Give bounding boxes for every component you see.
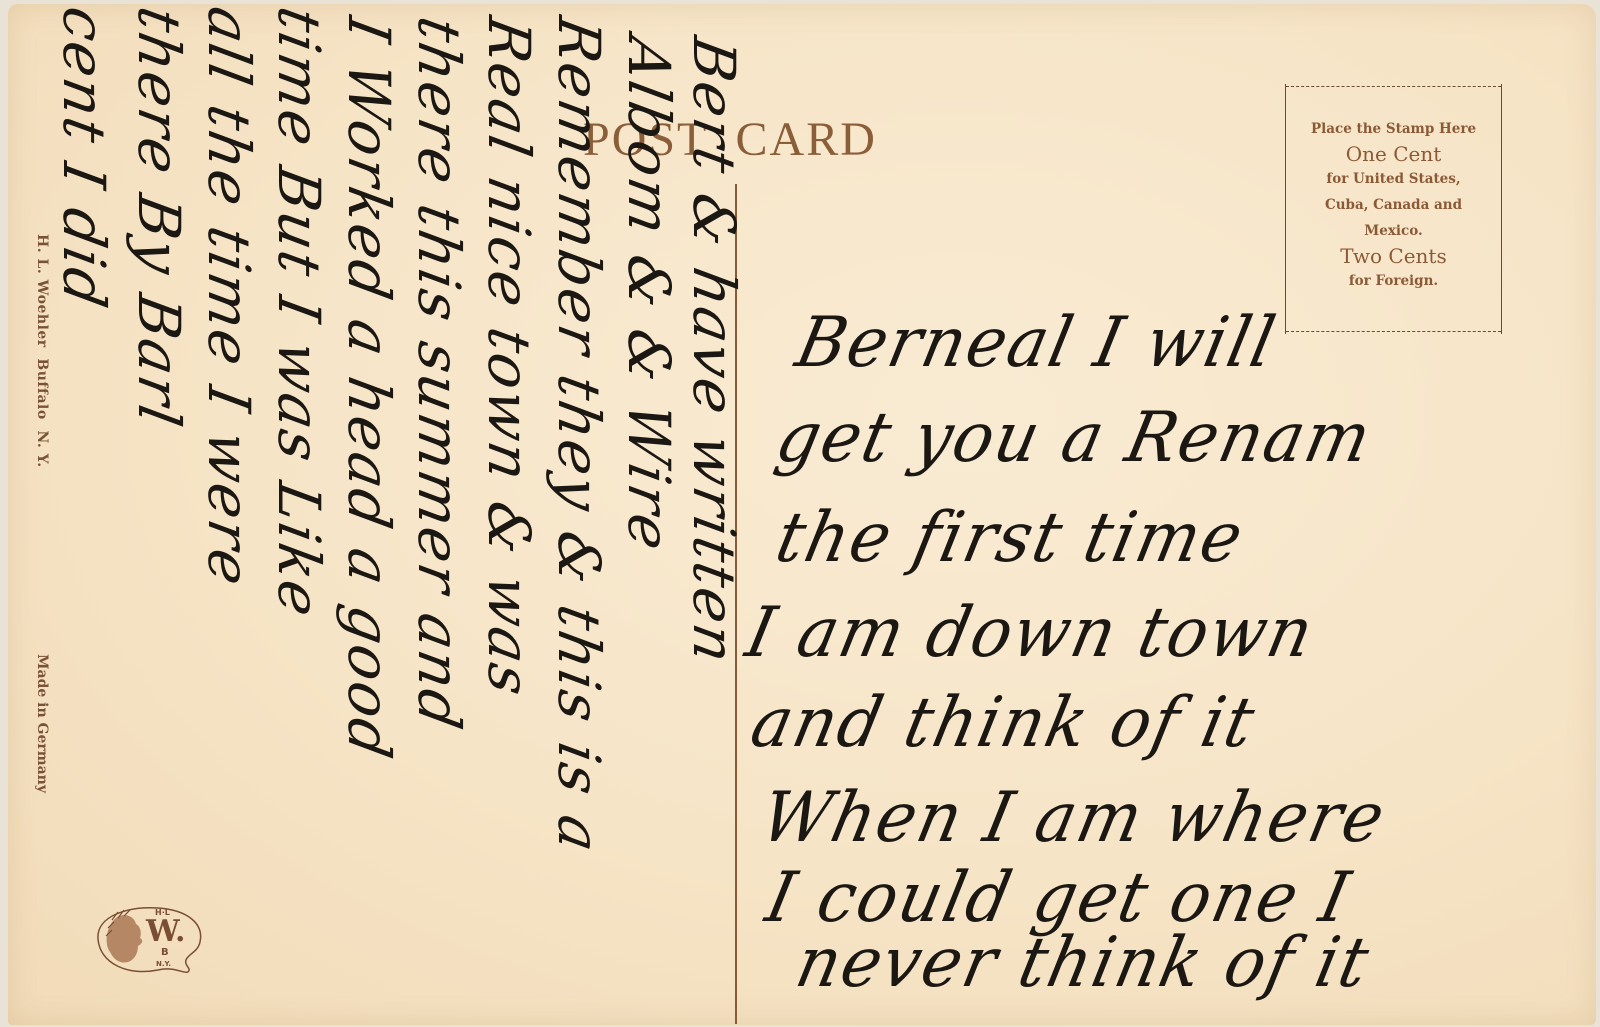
handwritten-line: there this summer and bbox=[405, 12, 473, 736]
handwritten-line: Bert & have written bbox=[680, 32, 748, 670]
handwritten-line: Real nice town & was bbox=[475, 12, 543, 702]
stamp-instructions: Place the Stamp Here One Cent for United… bbox=[1286, 116, 1501, 294]
handwritten-line: I Worked a head a good bbox=[335, 12, 403, 765]
handwritten-line: Remember they & this is a bbox=[545, 12, 613, 859]
stamp-line-mexico: Mexico. bbox=[1286, 218, 1501, 244]
stamp-placement-box: Place the Stamp Here One Cent for United… bbox=[1285, 84, 1502, 334]
handwritten-line: and think of it bbox=[744, 682, 1263, 763]
stamp-line-place: Place the Stamp Here bbox=[1286, 116, 1501, 142]
handwritten-line: the first time bbox=[769, 497, 1251, 578]
stamp-line-cuba-canada: Cuba, Canada and bbox=[1286, 192, 1501, 218]
stamp-line-foreign: for Foreign. bbox=[1286, 268, 1501, 294]
handwritten-line: never think of it bbox=[789, 922, 1377, 1003]
handwritten-line: get you a Renam bbox=[769, 397, 1379, 478]
handwritten-line: time But I was Like bbox=[265, 4, 333, 624]
handwritten-line: cent I did bbox=[50, 4, 118, 314]
handwritten-line: all the time I were bbox=[195, 4, 263, 593]
handwritten-message-left: Bert & have written Albom & & Wire Remem… bbox=[8, 4, 748, 1025]
postcard-back: POST CARD Place the Stamp Here One Cent … bbox=[8, 4, 1596, 1025]
stamp-line-two-cents: Two Cents bbox=[1286, 244, 1501, 268]
stamp-line-one-cent: One Cent bbox=[1286, 142, 1501, 166]
handwritten-line: there By Barl bbox=[125, 4, 193, 433]
handwritten-line: I am down town bbox=[739, 592, 1321, 673]
handwritten-line: Berneal I will bbox=[789, 302, 1283, 383]
stamp-line-us: for United States, bbox=[1286, 166, 1501, 192]
handwritten-line: Albom & & Wire bbox=[615, 32, 683, 557]
handwritten-line: When I am where bbox=[754, 777, 1393, 858]
